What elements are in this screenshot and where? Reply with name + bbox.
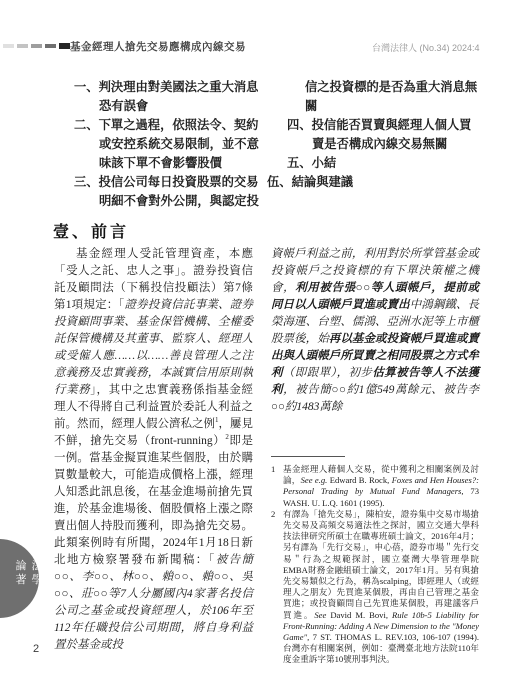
outline-item: 一、判決理由對美國法之重大消息恐有誤會	[74, 78, 267, 116]
paragraph: 基金經理人受託管理資產，本應「受人之託、忠人之事」。證券投資信託及顧問法（下稱投…	[54, 246, 253, 654]
dash-decoration-block	[59, 43, 70, 49]
footnote-number: 2	[271, 509, 283, 666]
dash-decoration-block	[45, 44, 56, 48]
text-run: ，被告簡○○約1億549萬餘元、被告李○○約1483萬餘	[271, 384, 479, 413]
footnotes-block: 1基金經理人藉個人交易，從中獲利之相關案例及討論，See e.g. Edward…	[271, 456, 479, 666]
outline-item: 信之投資標的是否為重大消息無關	[305, 78, 482, 116]
text-run: 即是一例。當基金擬買進某些個股，由於購買數量較大，可能造成價格上漲，經理人知悉此…	[54, 435, 253, 566]
toc-right-column: 信之投資標的是否為重大消息無關四、投信能否買賣與經理人個人買賣是否構成內線交易無…	[267, 78, 482, 211]
table-of-contents: 一、判決理由對美國法之重大消息恐有誤會二、下單之過程，依照法令、契約或安控系統交…	[54, 78, 482, 211]
outline-item: 五、小結	[287, 154, 482, 173]
page-number: 2	[33, 643, 39, 655]
text-run: See e.g.	[301, 475, 328, 485]
header-dash-decoration	[3, 43, 73, 49]
text-run: David M. Bovi,	[326, 610, 392, 620]
running-head-article-title: 基金經理人搶先交易應構成內線交易	[70, 39, 246, 54]
text-run: 有譯為「搶先交易」，陳柏安，證券集中交易市場搶先交易及高頻交易適法性之探討，國立…	[283, 509, 479, 620]
text-run: 證券投資信託事業、證券投資顧問事業、基金保管機構、全權委託保管機構及其董事、監察…	[54, 299, 253, 396]
footnote-list: 1基金經理人藉個人交易，從中獲利之相關案例及討論，See e.g. Edward…	[271, 464, 479, 666]
outline-item: 二、下單之過程，依照法令、契約或安控系統交易限制，並不意味該下單不會影響股價	[74, 116, 267, 173]
footnote: 2有譯為「搶先交易」，陳柏安，證券集中交易市場搶先交易及高頻交易適法性之探討，國…	[271, 509, 479, 666]
dash-decoration-block	[17, 44, 28, 48]
footnote-separator-rule	[271, 456, 345, 457]
footnote: 1基金經理人藉個人交易，從中獲利之相關案例及討論，See e.g. Edward…	[271, 464, 479, 509]
paragraph: 資帳戶利益之前，利用對於所掌管基金或投資帳戶之投資標的有下單決策權之機會，利用被…	[271, 246, 479, 416]
toc-left-column: 一、判決理由對美國法之重大消息恐有誤會二、下單之過程，依照法令、契約或安控系統交…	[54, 78, 267, 211]
sidebar-category-tab: 法學論著	[0, 539, 39, 618]
text-run: （即跟單），初步	[283, 367, 372, 379]
outline-item: 四、投信能否買賣與經理人個人買賣是否構成內線交易無關	[287, 116, 482, 154]
dash-decoration-block	[3, 44, 14, 48]
text-run: 被告簡○○、李○○、林○○、賴○○、賴○○、吳○○、莊○○等7人分屬國內4家著名…	[54, 554, 253, 651]
footnote-number: 1	[271, 464, 283, 509]
body-text-right-column: 資帳戶利益之前，利用對於所掌管基金或投資帳戶之投資標的有下單決策權之機會，利用被…	[271, 246, 479, 416]
dash-decoration-block	[31, 44, 42, 48]
page-header: 基金經理人搶先交易應構成內線交易 台灣法律人 (No.34) 2024:4	[0, 38, 512, 56]
journal-issue-label: 台灣法律人 (No.34) 2024:4	[372, 41, 480, 54]
section-heading: 壹、前言	[53, 219, 129, 242]
text-run: , 7 ST. THOMAS L. REV.103, 106-107 (1994…	[283, 632, 479, 664]
outline-item: 三、投信公司每日投資股票的交易明細不會對外公開，與認定投	[74, 173, 267, 211]
sidebar-category-label: 法學論著	[12, 559, 44, 599]
text-run: Edward B. Rock,	[327, 475, 391, 485]
text-run: See	[314, 610, 326, 620]
footnote-text: 有譯為「搶先交易」，陳柏安，證券集中交易市場搶先交易及高頻交易適法性之探討，國立…	[283, 509, 479, 666]
footnote-text: 基金經理人藉個人交易，從中獲利之相關案例及討論，See e.g. Edward …	[283, 464, 479, 509]
journal-page: 基金經理人搶先交易應構成內線交易 台灣法律人 (No.34) 2024:4 一、…	[0, 0, 512, 700]
body-text-left-column: 基金經理人受託管理資產，本應「受人之託、忠人之事」。證券投資信託及顧問法（下稱投…	[54, 246, 253, 654]
outline-item: 伍、結論與建議	[267, 173, 482, 192]
